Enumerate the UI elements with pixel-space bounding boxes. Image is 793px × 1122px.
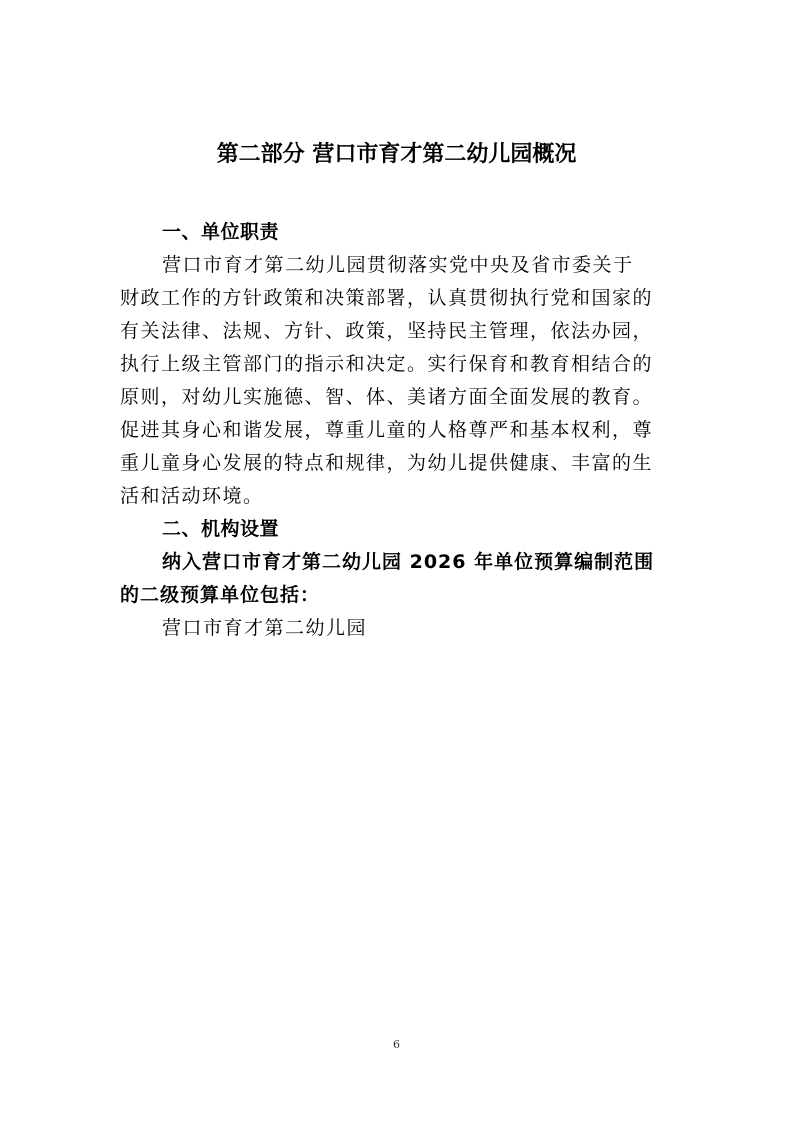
paragraph-line: 活和活动环境。 xyxy=(120,480,676,513)
section-heading-responsibilities: 一、单位职责 xyxy=(120,216,676,249)
paragraph-line: 原则，对幼儿实施德、智、体、美诸方面全面发展的教育。 xyxy=(120,381,676,414)
paragraph-line: 促进其身心和谐发展，尊重儿童的人格尊严和基本权利，尊 xyxy=(120,414,676,447)
unit-name-line: 营口市育才第二幼儿园 xyxy=(120,612,676,645)
paragraph-line: 财政工作的方针政策和决策部署，认真贯彻执行党和国家的 xyxy=(120,282,676,315)
bold-paragraph-line: 的二级预算单位包括： xyxy=(120,579,676,612)
bold-paragraph-line: 纳入营口市育才第二幼儿园 2026 年单位预算编制范围 xyxy=(120,546,676,579)
paragraph-line: 重儿童身心发展的特点和规律，为幼儿提供健康、丰富的生 xyxy=(120,447,676,480)
page-number: 6 xyxy=(0,1038,793,1051)
paragraph-line: 执行上级主管部门的指示和决定。实行保育和教育相结合的 xyxy=(120,348,676,381)
document-body: 一、单位职责 营口市育才第二幼儿园贯彻落实党中央及省市委关于 财政工作的方针政策… xyxy=(120,216,676,645)
page-title: 第二部分 营口市育才第二幼儿园概况 xyxy=(0,140,793,170)
section-heading-organization: 二、机构设置 xyxy=(120,513,676,546)
paragraph-line: 营口市育才第二幼儿园贯彻落实党中央及省市委关于 xyxy=(120,249,676,282)
paragraph-line: 有关法律、法规、方针、政策，坚持民主管理，依法办园， xyxy=(120,315,676,348)
document-page: 第二部分 营口市育才第二幼儿园概况 一、单位职责 营口市育才第二幼儿园贯彻落实党… xyxy=(0,0,793,1122)
